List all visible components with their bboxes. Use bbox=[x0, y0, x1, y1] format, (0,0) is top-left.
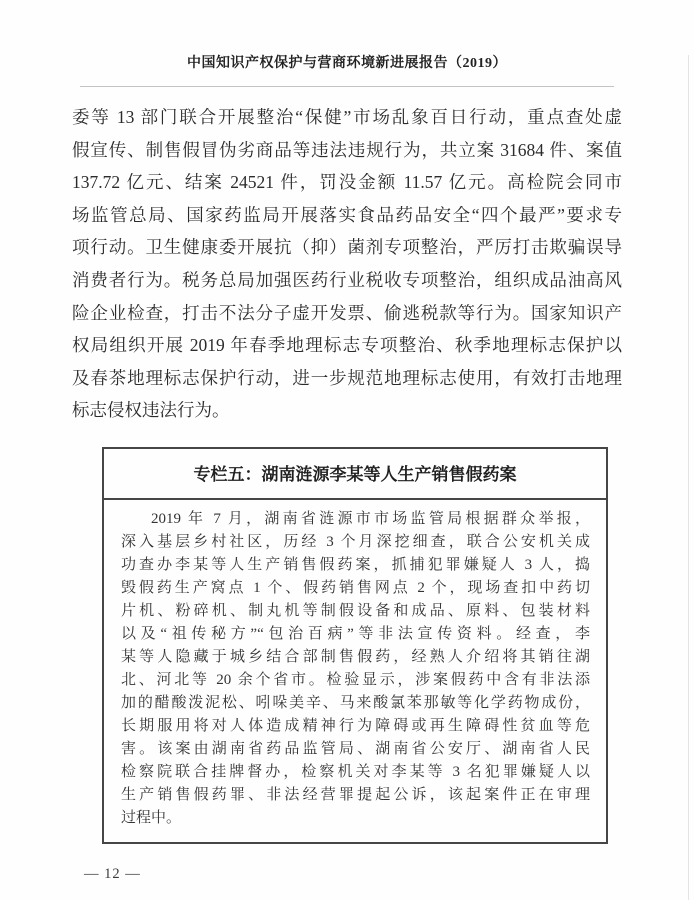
header-divider bbox=[80, 86, 614, 87]
box-line: 功查办李某等人生产销售假药案，抓捕犯罪嫌疑人 3 人，捣 bbox=[121, 554, 590, 577]
body-line: 场监管总局、国家药监局开展落实食品药品安全“四个最严”要求专 bbox=[72, 199, 622, 232]
box-line: 害。该案由湖南省药品监管局、湖南省公安厅、湖南省人民 bbox=[121, 738, 590, 761]
scan-edge-artifact bbox=[688, 55, 689, 900]
body-paragraph: 委等 13 部门联合开展整治“保健”市场乱象百日行动，重点查处虚 假宣传、制售假… bbox=[72, 101, 622, 427]
body-line: 及春茶地理标志保护行动，进一步规范地理标志使用，有效打击地理 bbox=[72, 362, 622, 395]
document-page: 中国知识产权保护与营商环境新进展报告（2019） 委等 13 部门联合开展整治“… bbox=[0, 0, 694, 900]
box-line: 毁假药生产窝点 1 个、假药销售网点 2 个，现场查扣中药切 bbox=[121, 577, 590, 600]
body-line: 标志侵权违法行为。 bbox=[72, 394, 622, 427]
box-line: 北、河北等 20 余个省市。检验显示，涉案假药中含有非法添 bbox=[121, 669, 590, 692]
page-number: — 12 — bbox=[84, 866, 141, 883]
body-line: 委等 13 部门联合开展整治“保健”市场乱象百日行动，重点查处虚 bbox=[72, 101, 622, 134]
body-line: 假宣传、制售假冒伪劣商品等违法违规行为，共立案 31684 件、案值 bbox=[72, 134, 622, 167]
running-head-title: 中国知识产权保护与营商环境新进展报告（2019） bbox=[0, 52, 694, 72]
box-line: 2019 年 7 月，湖南省涟源市市场监管局根据群众举报， bbox=[121, 508, 590, 531]
box-line: 长期服用将对人体造成精神行为障碍或再生障碍性贫血等危 bbox=[121, 715, 590, 738]
box-line: 过程中。 bbox=[121, 807, 590, 830]
box-line: 加的醋酸泼泥松、吲哚美辛、马来酸氯苯那敏等化学药物成份， bbox=[121, 692, 590, 715]
box-line: 片机、粉碎机、制丸机等制假设备和成品、原料、包装材料 bbox=[121, 600, 590, 623]
box-line: 某等人隐藏于城乡结合部制售假药，经熟人介绍将其销往湖 bbox=[121, 646, 590, 669]
box-line: 深入基层乡村社区，历经 3 个月深挖细查，联合公安机关成 bbox=[121, 531, 590, 554]
box-line: 生产销售假药罪、非法经营罪提起公诉，该起案件正在审理 bbox=[121, 784, 590, 807]
case-study-box-body: 2019 年 7 月，湖南省涟源市市场监管局根据群众举报， 深入基层乡村社区，历… bbox=[104, 500, 606, 842]
case-study-box-title: 专栏五：湖南涟源李某等人生产销售假药案 bbox=[104, 449, 606, 500]
body-line: 权局组织开展 2019 年春季地理标志专项整治、秋季地理标志保护以 bbox=[72, 329, 622, 362]
body-line: 消费者行为。税务总局加强医药行业税收专项整治，组织成品油高风 bbox=[72, 264, 622, 297]
box-line: 以及“祖传秘方”“包治百病”等非法宣传资料。经查，李 bbox=[121, 623, 590, 646]
body-line: 项行动。卫生健康委开展抗（抑）菌剂专项整治，严厉打击欺骗误导 bbox=[72, 231, 622, 264]
body-line: 137.72 亿元、结案 24521 件，罚没金额 11.57 亿元。高检院会同… bbox=[72, 166, 622, 199]
body-line: 险企业检查，打击不法分子虚开发票、偷逃税款等行为。国家知识产 bbox=[72, 297, 622, 330]
box-line: 检察院联合挂牌督办，检察机关对李某等 3 名犯罪嫌疑人以 bbox=[121, 761, 590, 784]
case-study-box: 专栏五：湖南涟源李某等人生产销售假药案 2019 年 7 月，湖南省涟源市市场监… bbox=[102, 447, 608, 844]
